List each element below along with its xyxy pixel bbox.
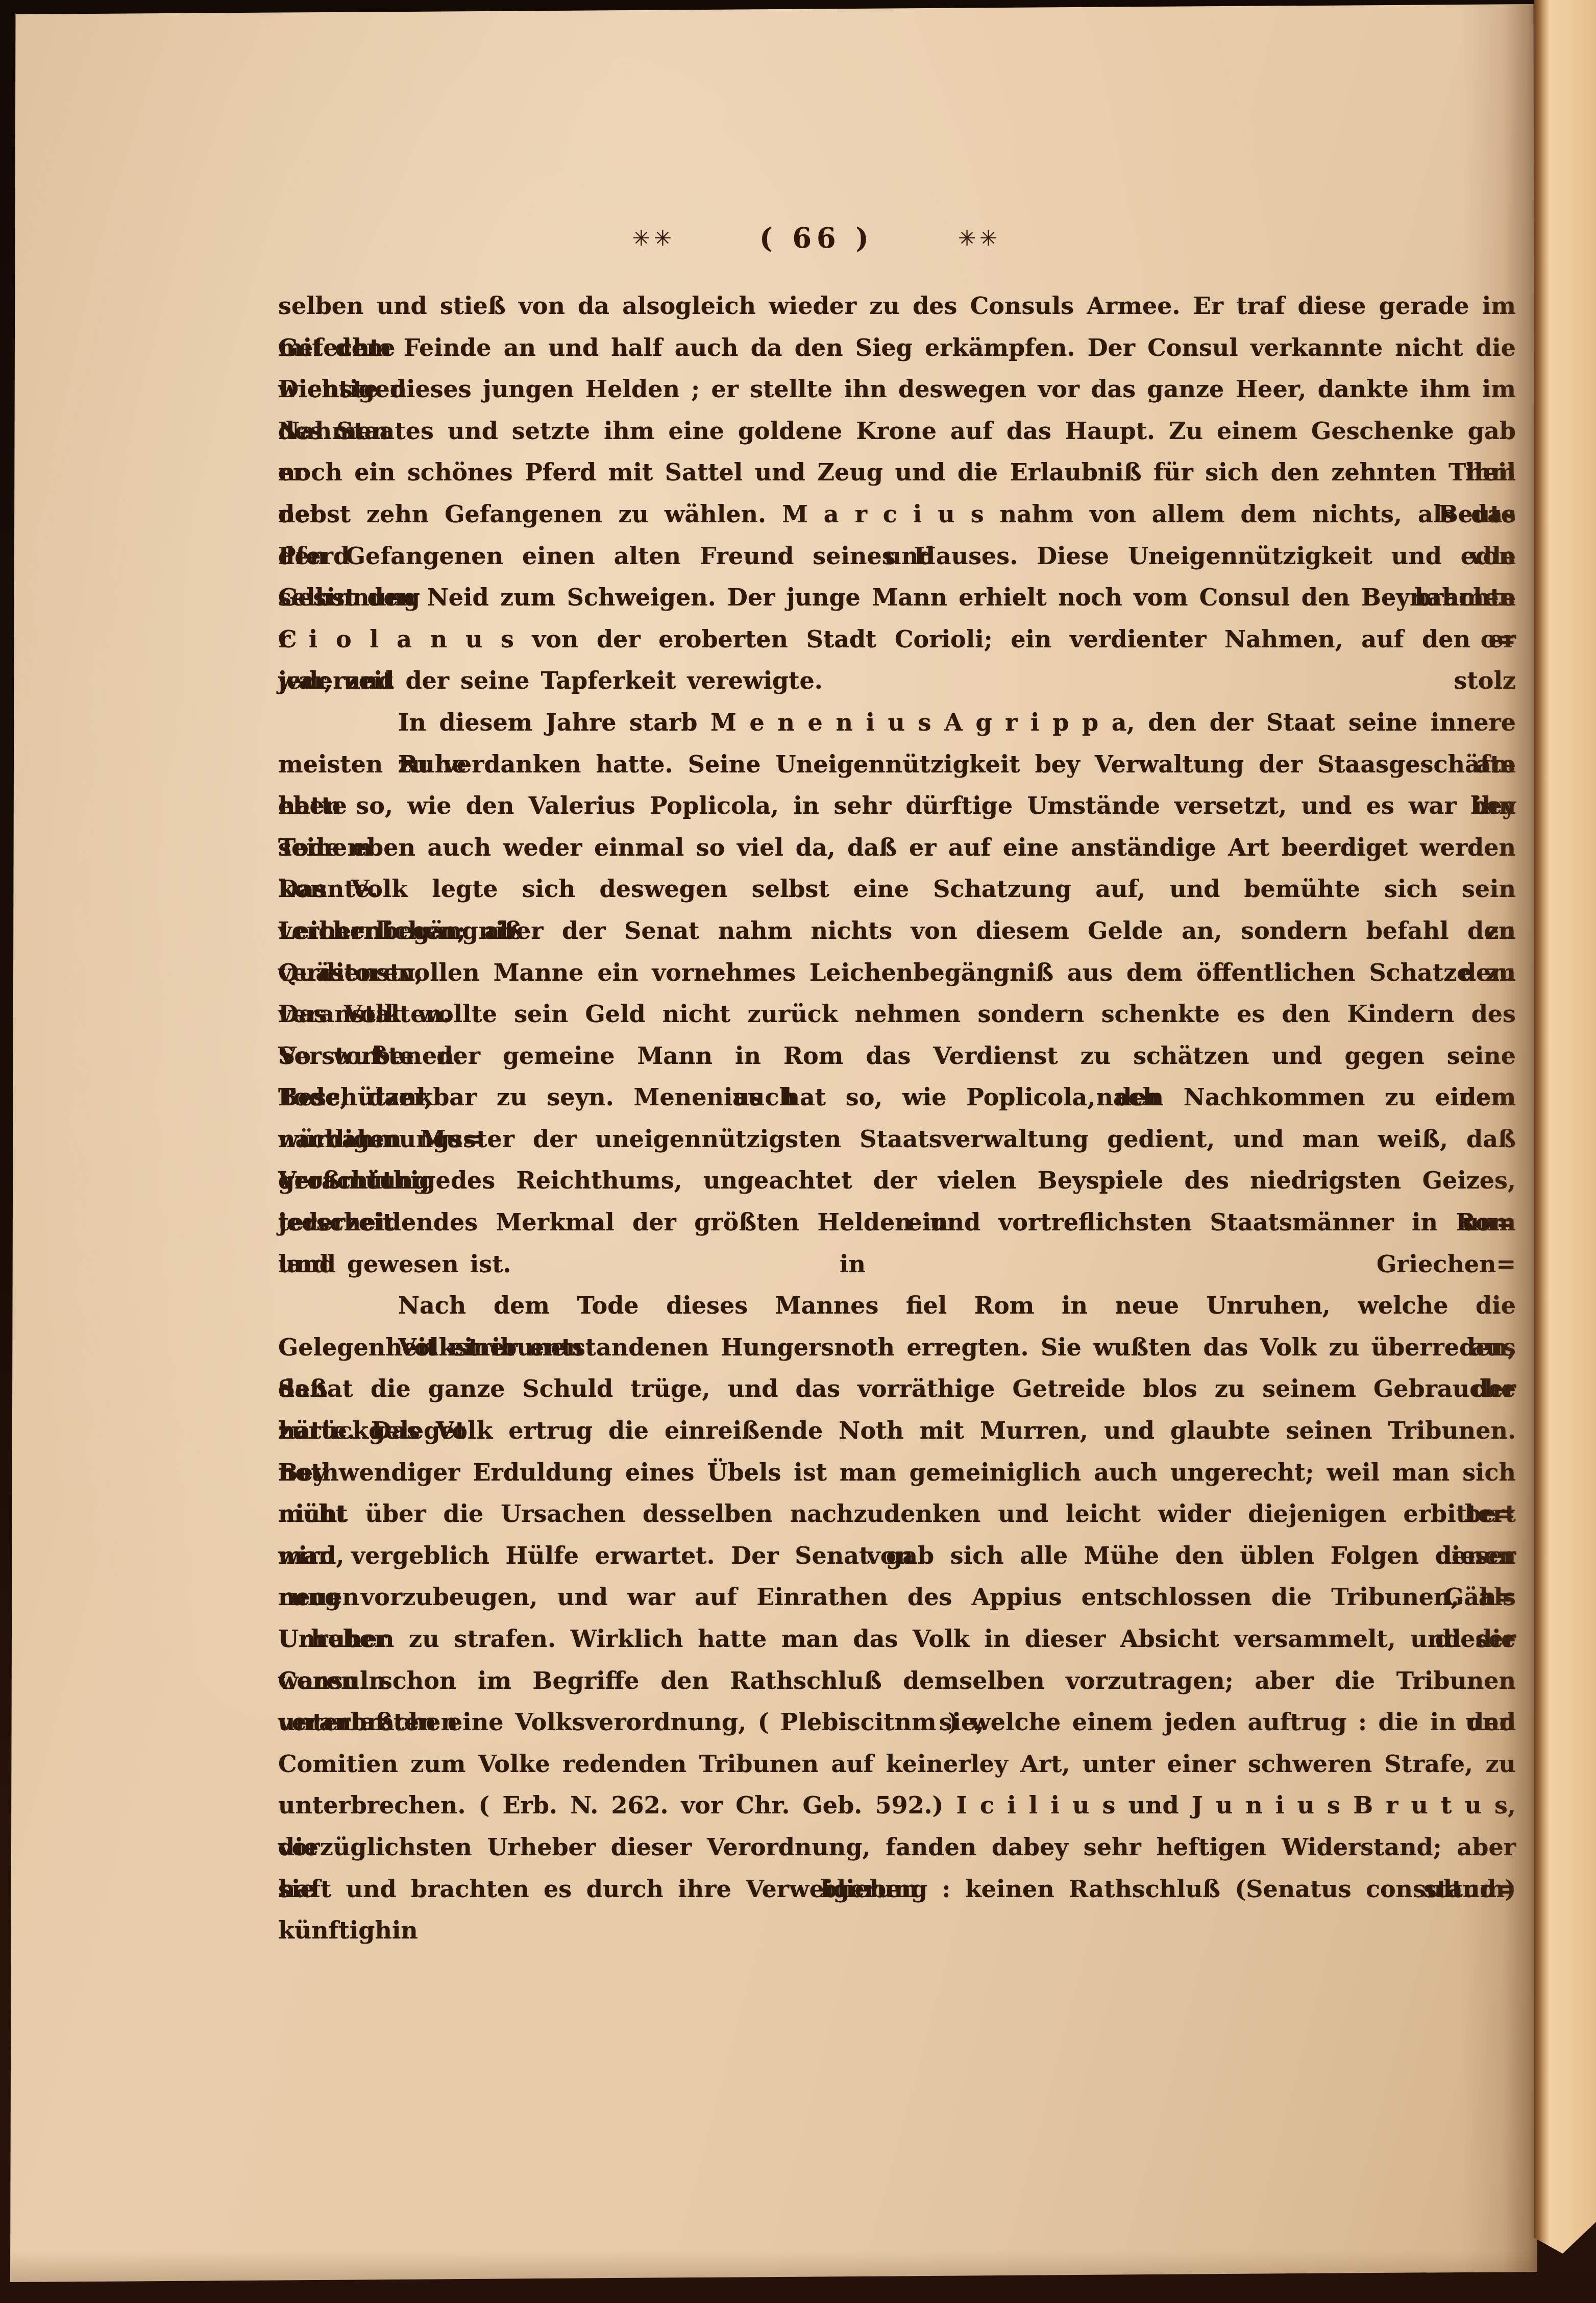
text-line: man vergeblich Hülfe erwartet. Der Senat… bbox=[278, 1535, 1516, 1577]
text-line: eben so, wie den Valerius Poplicola, in … bbox=[278, 785, 1516, 827]
text-line: So wußte der gemeine Mann in Rom das Ver… bbox=[278, 1035, 1516, 1077]
page-bottom-shadow bbox=[10, 2251, 1537, 2282]
gutter-shadow bbox=[1461, 4, 1537, 2282]
text-line: mit dem Feinde an und half auch da den S… bbox=[278, 327, 1516, 369]
text-line: hätte. Das Volk ertrug die einreißende N… bbox=[278, 1410, 1516, 1452]
text-line: Verachtung des Reichthums, ungeachtet de… bbox=[278, 1160, 1516, 1202]
text-line: veranlaßten eine Volksverordnung, ( Pleb… bbox=[278, 1702, 1516, 1743]
facing-page-edge bbox=[1534, 0, 1596, 2263]
text-line: In diesem Jahre starb M e n e n i u s A … bbox=[278, 702, 1516, 744]
page-number: ( 66 ) bbox=[759, 222, 874, 254]
text-line: meisten zu verdanken hatte. Seine Uneige… bbox=[278, 744, 1516, 786]
text-line: Tode eben auch weder einmal so viel da, … bbox=[278, 827, 1516, 869]
text-line: des Staates und setzte ihm eine goldene … bbox=[278, 410, 1516, 452]
text-line: unterbrechen. ( Erb. N. 262. vor Chr. Ge… bbox=[278, 1785, 1516, 1827]
text-line: würdigen Muster der uneigennützigsten St… bbox=[278, 1119, 1516, 1160]
text-line: Nach dem Tode dieses Mannes fiel Rom in … bbox=[278, 1285, 1516, 1327]
floral-ornament-icon: ✳✳ bbox=[632, 226, 675, 251]
text-line: Unruhen zu strafen. Wirklich hatte man d… bbox=[278, 1618, 1516, 1660]
text-line: haft und brachten es durch ihre Verweige… bbox=[278, 1869, 1516, 1910]
text-line: Senat die ganze Schuld trüge, und das vo… bbox=[278, 1368, 1516, 1410]
page-header: ✳✳ ( 66 ) ✳✳ bbox=[278, 222, 1355, 254]
text-line: waren schon im Begriffe den Rathschluß d… bbox=[278, 1660, 1516, 1702]
text-line: nothwendiger Erduldung eines Übels ist m… bbox=[278, 1452, 1516, 1494]
text-line: verherrlichen; aber der Senat nahm nicht… bbox=[278, 910, 1516, 952]
body-text: selben und stieß von da alsogleich wiede… bbox=[278, 285, 1516, 1910]
text-line: vorzüglichsten Urheber dieser Verordnung… bbox=[278, 1827, 1516, 1869]
text-line: Das Volk legte sich deswegen selbst eine… bbox=[278, 868, 1516, 910]
text-line: den Gefangenen einen alten Freund seines… bbox=[278, 536, 1516, 577]
text-line: Dienste dieses jungen Helden ; er stellt… bbox=[278, 369, 1516, 410]
text-line: noch ein schönes Pferd mit Sattel und Ze… bbox=[278, 452, 1516, 494]
text-line: r i o l a n u s von der eroberten Stadt … bbox=[278, 619, 1516, 661]
text-line: Gelegenheit einer entstandenen Hungersno… bbox=[278, 1327, 1516, 1369]
scan-background: ✳✳ ( 66 ) ✳✳ selben und stieß von da als… bbox=[0, 0, 1596, 2303]
text-line: rung vorzubeugen, und war auf Einrathen … bbox=[278, 1577, 1516, 1618]
text-line: nebst zehn Gefangenen zu wählen. M a r c… bbox=[278, 494, 1516, 536]
text-line: Das Volk wollte sein Geld nicht zurück n… bbox=[278, 993, 1516, 1035]
text-line: müht über die Ursachen desselben nachzud… bbox=[278, 1493, 1516, 1535]
text-line: verdienstvollen Manne ein vornehmes Leic… bbox=[278, 952, 1516, 994]
book-page: ✳✳ ( 66 ) ✳✳ selben und stieß von da als… bbox=[10, 4, 1537, 2282]
text-line: terscheidendes Merkmal der größten Helde… bbox=[278, 1202, 1516, 1244]
floral-ornament-icon: ✳✳ bbox=[958, 226, 1001, 251]
text-line: Comitien zum Volke redenden Tribunen auf… bbox=[278, 1743, 1516, 1785]
text-line: selben und stieß von da alsogleich wiede… bbox=[278, 285, 1516, 327]
text-line: selbst den Neid zum Schweigen. Der junge… bbox=[278, 577, 1516, 619]
text-line: Tode, dankbar zu seyn. Menenius hat so, … bbox=[278, 1077, 1516, 1119]
